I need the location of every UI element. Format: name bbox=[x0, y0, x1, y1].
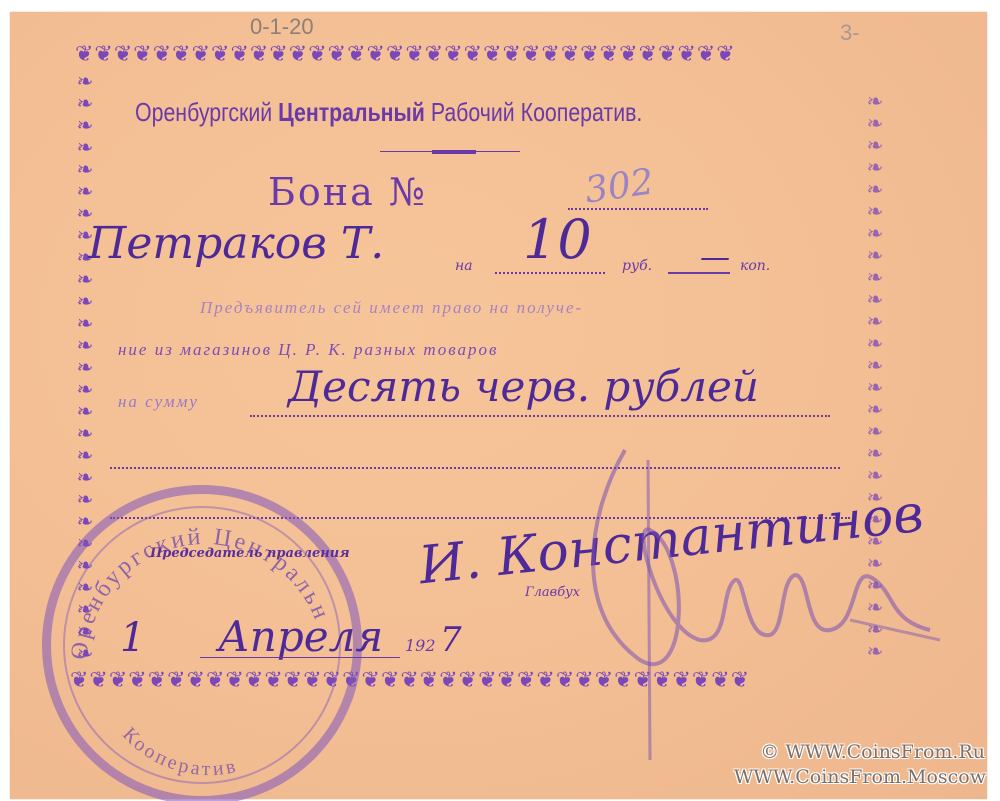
ornament-border-top: ❦❦❦❦❦❦❦❦❦❦❦❦❦❦❦❦❦❦❦❦❦❦❦❦❦❦❦❦❦❦❦❦❦❦ bbox=[75, 42, 875, 68]
watermark-line-1: © WWW.CoinsFrom.Ru bbox=[760, 741, 985, 763]
kop-line bbox=[668, 272, 730, 274]
accountant-signature-scrawl bbox=[530, 430, 950, 760]
kop-label: коп. bbox=[740, 258, 770, 274]
date-month: Апреля bbox=[218, 612, 383, 661]
title-word-4: Кооператив. bbox=[521, 97, 643, 127]
kop-value: — bbox=[700, 240, 730, 275]
payee-name: Петраков Т. bbox=[88, 218, 384, 269]
svg-text:Кооператив: Кооператив bbox=[118, 723, 240, 780]
amount-in-words: Десять черв. рублей bbox=[288, 362, 759, 411]
pencil-note-catalog: 0-1-20 bbox=[250, 14, 314, 40]
sum-label: на сумму bbox=[118, 392, 199, 412]
body-text-line-1: Предъявитель сей имеет право на получе- bbox=[200, 298, 583, 318]
rub-label: руб. bbox=[622, 258, 652, 274]
title-word-1: Оренбургский bbox=[135, 97, 272, 127]
board-chairman-label: Председатель правления bbox=[150, 546, 350, 561]
date-day: 1 bbox=[120, 615, 145, 661]
body-text-line-2: ние из магазинов Ц. Р. К. разных товаров bbox=[118, 340, 498, 360]
title-word-3: Рабочий bbox=[431, 97, 515, 127]
date-line bbox=[200, 657, 400, 658]
bona-label: Бона № bbox=[268, 170, 427, 214]
cooperative-title: Оренбургский Центральный Рабочий Коопера… bbox=[135, 97, 717, 128]
amount-rub: 10 bbox=[523, 208, 592, 271]
sum-line bbox=[250, 415, 830, 417]
amount-line bbox=[495, 272, 605, 274]
date-year-printed: 192 bbox=[405, 636, 436, 655]
date-year-handwritten: 7 bbox=[440, 620, 462, 660]
na-label: на bbox=[455, 258, 473, 274]
watermark-line-2: WWW.CoinsFrom.Moscow bbox=[734, 766, 986, 788]
title-word-2: Центральный bbox=[278, 97, 425, 127]
stamp-bottom-text: Кооператив bbox=[118, 723, 240, 780]
title-divider bbox=[380, 151, 520, 154]
